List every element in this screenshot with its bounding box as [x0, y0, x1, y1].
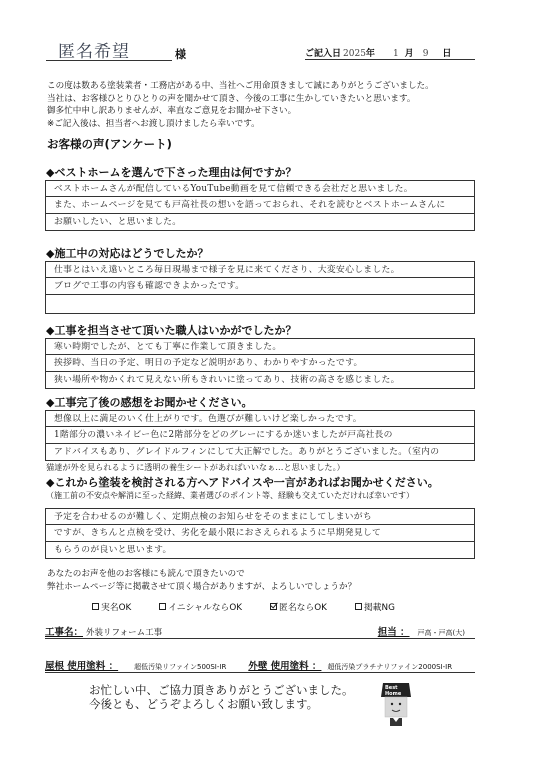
answer-line: 予定を合わせるのが難しく、定期点検のお知らせをそのままにしてしまいがち: [46, 509, 474, 525]
option-label: イニシャルならOK: [168, 600, 242, 613]
day-label: 日: [442, 46, 451, 59]
project-row: 工事名： 外装リフォーム工事 担当 ： 戸高・戸高(大): [45, 624, 475, 639]
publish-line: 弊社ホームページ等に掲載させて頂く場合がありますが、よろしいでしょうか？: [47, 581, 356, 594]
closing-message: お忙しい中、ご協力頂きありがとうございました。 今後とも、どうぞよろしくお願い致…: [89, 683, 354, 711]
intro-line: この度は数ある塗装業者・工務店がある中、当社へご用命頂きまして誠にありがとうござ…: [47, 80, 434, 93]
roof-paint-value: 超低汚染リファイン500SI-IR: [134, 662, 226, 672]
closing-line: 今後とも、どうぞよろしくお願い致します。: [89, 697, 354, 711]
project-name-label: 工事名：: [45, 624, 83, 638]
intro-line: 当社は、お客様ひとりひとりの声を聞かせて頂き、今後の工事に生かしていきたいと思い…: [47, 93, 434, 106]
date-month: 1: [393, 49, 399, 59]
project-name-value: 外装リフォーム工事: [86, 626, 162, 638]
svg-text:Home: Home: [385, 691, 402, 697]
option-label: 実名OK: [101, 600, 131, 613]
answer-overflow-line: 猫達が外を見られるように透明の養生シートがあればいいなぁ…と思いました。）: [46, 462, 345, 473]
roof-paint-label: 屋根 使用塗料 ：: [45, 658, 118, 672]
answer-line: もらうのが良いと思います。: [46, 542, 474, 558]
option-real-name[interactable]: 実名OK: [92, 600, 131, 613]
answer-box-4: 想像以上に満足のいく仕上がりです。色選びが難しいけど楽しかったです。 1階部分の…: [45, 410, 475, 461]
answer-line: アドバイスもあり、グレイドルフィンにして大正解でした。ありがとうございました。（…: [46, 444, 474, 460]
honorific: 様: [175, 46, 186, 62]
answer-line: [46, 295, 474, 313]
date-day: 9: [423, 49, 429, 59]
date-label: ご記入日: [305, 46, 341, 59]
answer-line: お願いしたい、と思いました。: [46, 214, 474, 230]
publish-question: あなたのお声を他のお客様にも読んで頂きたいので 弊社ホームページ等に掲載させて頂…: [47, 568, 356, 593]
option-label: 匿名ならOK: [279, 600, 327, 613]
intro-text: この度は数ある塗装業者・工務店がある中、当社へご用命頂きまして誠にありがとうござ…: [47, 80, 434, 130]
answer-line: 狭い場所や物かくれて見えない所もきれいに塗ってあり、技術の高さを感じました。: [46, 372, 474, 388]
intro-line: 御多忙中申し訳ありませんが、率直なご意見をお聞かせ下さい。: [47, 105, 434, 118]
month-label: 月: [405, 46, 414, 59]
paint-row: 屋根 使用塗料 ： 超低汚染リファイン500SI-IR 外壁 使用塗料 ： 超低…: [45, 658, 475, 673]
closing-line: お忙しい中、ご協力頂きありがとうございました。: [89, 683, 354, 697]
answer-line: また、ホームページを見ても戸高社長の想いを語っておられ、それを読むとベストホーム…: [46, 197, 474, 213]
question-1-label: ◆ベストホームを選んで下さった理由は何ですか？: [46, 164, 296, 180]
checkbox-checked-icon[interactable]: [270, 603, 277, 610]
publish-options: 実名OK イニシャルならOK 匿名ならOK 掲載NG: [92, 600, 423, 613]
intro-line: ※ご記入後は、担当者へお渡し頂けましたら幸いです。: [47, 118, 434, 131]
answer-line: ブログで工事の内容も確認できよかったです。: [46, 278, 474, 294]
question-5-sublabel: （施工前の不安点や解消に至った経緯、業者選びのポイント等、経験も交えていただけれ…: [46, 490, 414, 501]
question-3-label: ◆工事を担当させて頂いた職人はいかがでしたか？: [46, 322, 296, 338]
option-no-publish[interactable]: 掲載NG: [355, 600, 395, 613]
staff-label: 担当 ：: [378, 624, 410, 638]
wall-paint-value: 超低汚染プラチナリファイン2000SI-IR: [327, 662, 452, 672]
mascot-icon: Best Home: [379, 680, 413, 732]
answer-box-3: 寒い時期でしたが、とても丁寧に作業して頂きました。 挨拶時、当日の予定、明日の予…: [45, 338, 475, 389]
question-5-label: ◆これから塗装を検討される方へアドバイスや一言があればお聞かせください。: [46, 474, 439, 490]
entry-date-field: ご記入日 2025 年 1 月 9 日: [305, 44, 475, 60]
question-2-label: ◆施工中の対応はどうでしたか？: [46, 245, 208, 261]
answer-box-5: 予定を合わせるのが難しく、定期点検のお知らせをそのままにしてしまいがち ですが、…: [45, 508, 475, 559]
answer-line: 仕事とはいえ遠いところ毎日現場まで様子を見に来てくださり、大変安心しました。: [46, 262, 474, 278]
checkbox-icon[interactable]: [92, 603, 99, 610]
year-label: 年: [366, 46, 375, 59]
checkbox-icon[interactable]: [159, 603, 166, 610]
answer-line: 寒い時期でしたが、とても丁寧に作業して頂きました。: [46, 339, 474, 355]
option-anonymous[interactable]: 匿名ならOK: [270, 600, 327, 613]
answer-line: 挨拶時、当日の予定、明日の予定など説明があり、わかりやすかったです。: [46, 355, 474, 371]
question-4-label: ◆工事完了後の感想をお聞かせください。: [46, 394, 252, 410]
date-year: 2025: [343, 49, 366, 59]
staff-value: 戸高・戸高(大): [418, 628, 465, 638]
answer-box-2: 仕事とはいえ遠いところ毎日現場まで様子を見に来てくださり、大変安心しました。 ブ…: [45, 261, 475, 314]
answer-line: ですが、きちんと点検を受け、劣化を最小限におさえられるように早期発見して: [46, 525, 474, 541]
wall-paint-label: 外壁 使用塗料 ：: [248, 658, 321, 672]
answer-line: 1階部分の濃いネイビー色に2階部分をどのグレーにするか迷いましたが戸高社長の: [46, 427, 474, 443]
option-label: 掲載NG: [364, 600, 395, 613]
answer-line: ベストホームさんが配信しているYouTube動画を見て信頼できる会社だと思いまし…: [46, 181, 474, 197]
survey-title: お客様の声(アンケート): [47, 136, 172, 152]
answer-line: 想像以上に満足のいく仕上がりです。色選びが難しいけど楽しかったです。: [46, 411, 474, 427]
publish-line: あなたのお声を他のお客様にも読んで頂きたいので: [47, 568, 356, 581]
option-initials[interactable]: イニシャルならOK: [159, 600, 242, 613]
best-home-mascot-logo: Best Home: [379, 680, 413, 732]
answer-box-1: ベストホームさんが配信しているYouTube動画を見て信頼できる会社だと思いまし…: [45, 180, 475, 231]
checkbox-icon[interactable]: [355, 603, 362, 610]
customer-name: 匿名希望: [58, 37, 130, 62]
